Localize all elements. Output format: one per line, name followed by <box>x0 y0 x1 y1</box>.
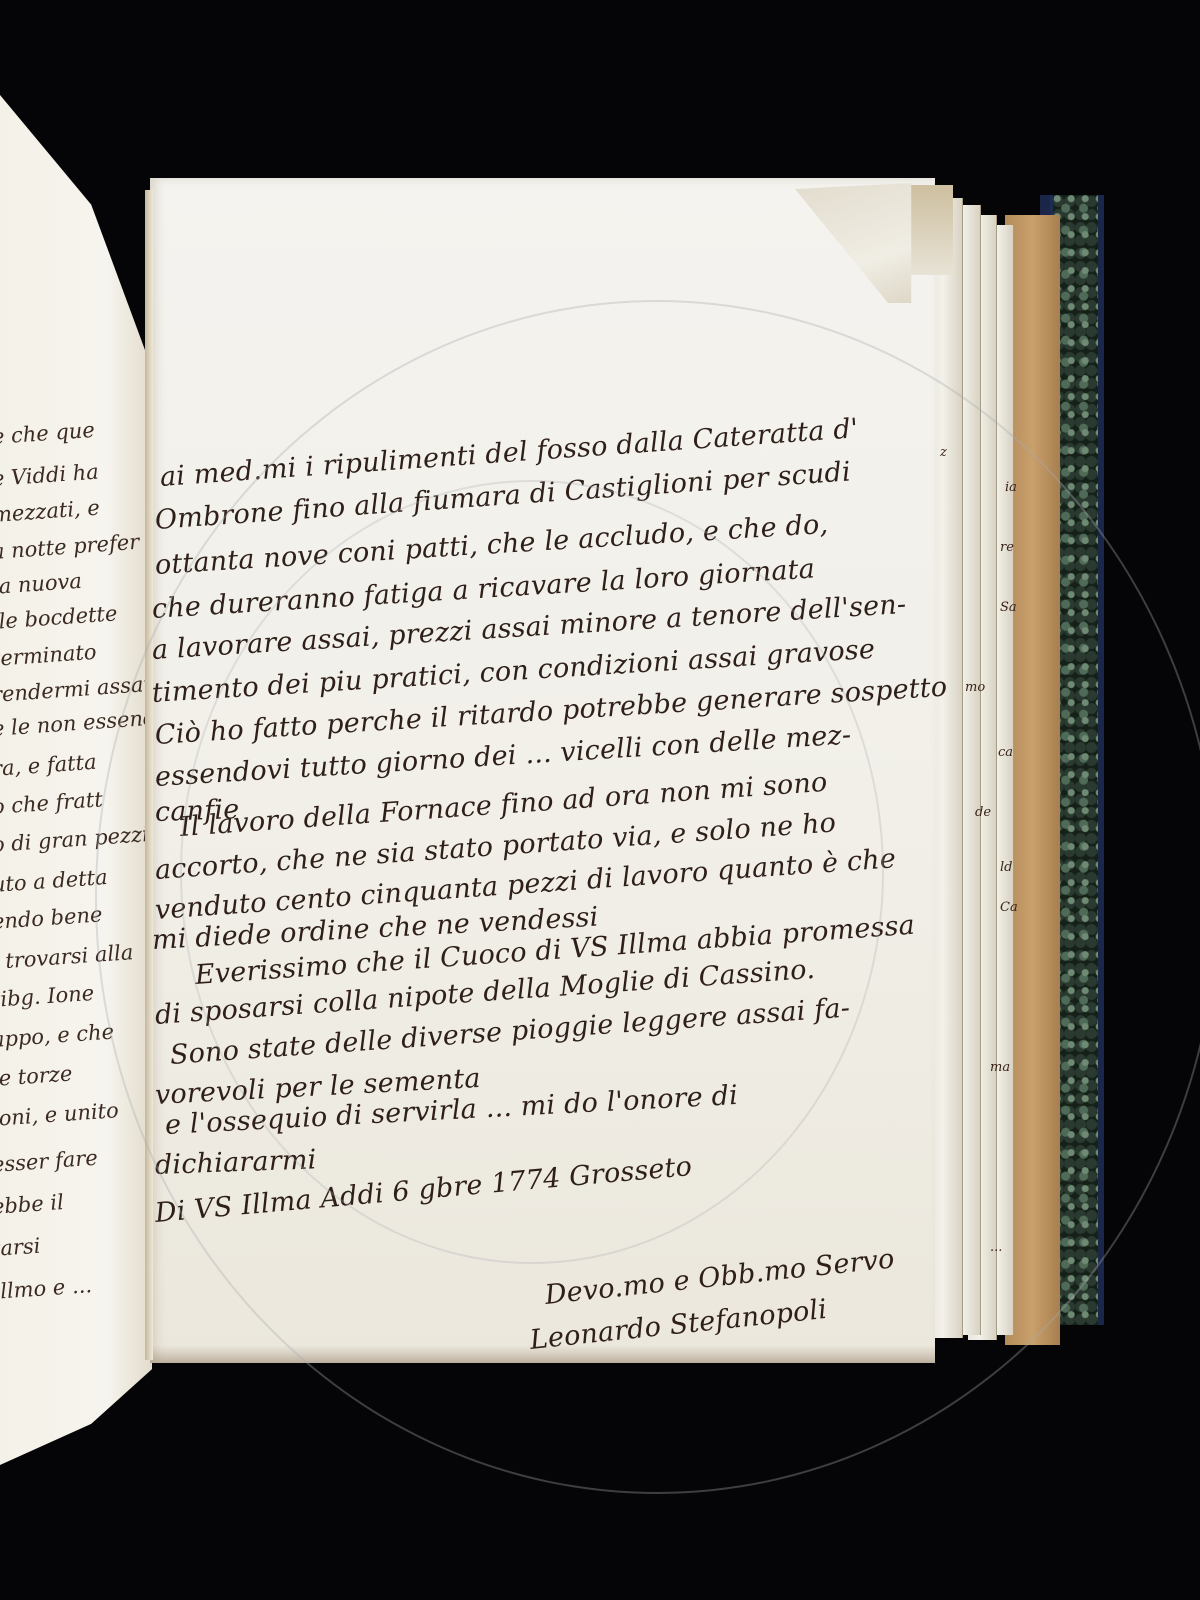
left-page-line: a notte prefer <box>0 530 140 564</box>
margin-mark: ma <box>990 1060 1010 1075</box>
left-page-line: i trovarsi alla <box>0 940 134 974</box>
left-page-line: rendermi assai <box>0 672 151 707</box>
left-page-line: appo, e che <box>0 1020 115 1052</box>
left-page-line: tibg. Ione <box>0 981 95 1012</box>
margin-mark: ... <box>990 1240 1002 1255</box>
margin-mark: de <box>975 805 991 820</box>
left-page-line: e Viddi ha <box>0 460 100 491</box>
left-page-line: ioni, e unito <box>0 1098 119 1131</box>
left-page-line: e che que <box>0 418 95 449</box>
left-page-line: o di gran pezzi <box>0 822 150 857</box>
left-page-line: Illmo e ... <box>0 1273 93 1304</box>
margin-mark: mo <box>965 680 985 695</box>
left-page-line: ebbe il <box>0 1190 65 1219</box>
book-gutter <box>145 190 153 1360</box>
left-page-line: tarsi <box>0 1234 41 1261</box>
left-page-line: terminato <box>0 640 97 671</box>
letter-line: dichiararmi <box>154 1144 316 1181</box>
left-page: e che que e Viddi ha mezzati, e a notte … <box>0 95 152 1465</box>
left-page-line: o che fratt <box>0 787 103 819</box>
left-page-line: ra, e fatta <box>0 750 97 781</box>
margin-mark: Ca <box>1000 900 1018 915</box>
margin-mark: z <box>940 445 947 460</box>
margin-mark: Sa <box>1000 600 1017 615</box>
left-page-line: le torze <box>0 1061 73 1091</box>
margin-mark: ia <box>1005 480 1017 495</box>
left-page-line: la nuova <box>0 569 83 599</box>
margin-mark: ca <box>998 745 1013 760</box>
margin-mark: ld <box>1000 860 1012 875</box>
margin-mark: re <box>1000 540 1014 555</box>
left-page-line: mezzati, e <box>0 495 101 526</box>
page-corner-strip <box>908 185 953 275</box>
photo-scene: z ia re Sa mo ca de ld Ca ma ... e che q… <box>0 0 1200 1600</box>
left-page-line: esser fare <box>0 1146 98 1177</box>
left-page-line: endo bene <box>0 902 103 934</box>
left-page-line: uto a detta <box>0 865 108 897</box>
left-page-line: lle bocdette <box>0 601 118 634</box>
